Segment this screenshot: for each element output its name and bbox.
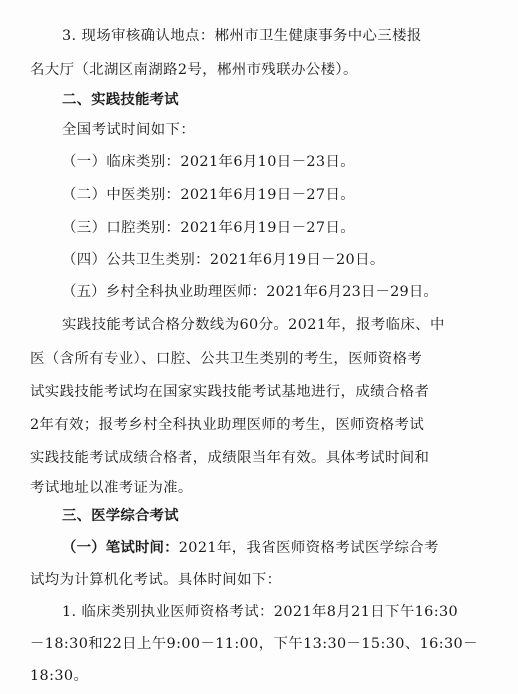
exam-item-clinical: （一）临床类别：2021年6月10日－23日。 — [62, 152, 355, 172]
exam-item-rural-assistant: （五）乡村全科执业助理医师：2021年6月23日－29日。 — [62, 282, 438, 302]
paragraph-site-review-location: 3. 现场审核确认地点：郴州市卫生健康事务中心三楼报 — [62, 26, 422, 46]
paragraph-written-exam-time: （一）笔试时间：2021年，我省医师资格考试医学综合考 — [62, 538, 439, 558]
paragraph-passing-score-line-6: 考试地址以准考证为准。 — [30, 478, 193, 498]
paragraph-site-review-location-cont: 名大厅（北湖区南湖路2号，郴州市残联办公楼）。 — [30, 60, 358, 80]
paragraph-passing-score: 实践技能考试合格分数线为60分。2021年，报考临床、中 — [62, 315, 445, 335]
exam-item-dental: （三）口腔类别：2021年6月19日－27日。 — [62, 218, 355, 238]
national-exam-time-label: 全国考试时间如下： — [62, 120, 195, 140]
exam-item-rural-assistant-text: （五）乡村全科执业助理医师：2021年6月23日－29日。 — [62, 284, 438, 300]
exam-schedule-clinical-physician-line-2: －18:30和22日上午9:00－11:00，下午13:30－15:30、16:… — [30, 634, 478, 654]
paragraph-passing-score-line-2: 医（含所有专业）、口腔、公共卫生类别的考生，医师资格考 — [30, 349, 422, 369]
paragraph-written-exam-time-cont: 试均为计算机化考试。具体时间如下： — [30, 570, 281, 590]
paragraph-passing-score-line-3: 试实践技能考试均在国家实践技能考试基地进行，成绩合格者 — [30, 382, 429, 402]
paragraph-passing-score-line-4: 2年有效；报考乡村全科执业助理医师的考生，医师资格考试 — [30, 415, 424, 435]
document-page: 3. 现场审核确认地点：郴州市卫生健康事务中心三楼报 名大厅（北湖区南湖路2号，… — [0, 0, 518, 694]
paragraph-passing-score-line-5: 实践技能考试成绩合格者，成绩限当年有效。具体考试时间和 — [30, 448, 429, 468]
exam-item-public-health: （四）公共卫生类别：2021年6月19日－20日。 — [62, 250, 385, 270]
section-heading-practical-skills: 二、实践技能考试 — [62, 90, 179, 110]
exam-schedule-clinical-physician: 1. 临床类别执业医师资格考试：2021年8月21日下午16:30 — [62, 602, 458, 622]
section-heading-medical-comprehensive: 三、医学综合考试 — [62, 506, 179, 526]
written-exam-time-label: （一）笔试时间： — [62, 540, 179, 556]
exam-item-tcm: （二）中医类别：2021年6月19日－27日。 — [62, 185, 355, 205]
written-exam-time-text: 2021年，我省医师资格考试医学综合考 — [179, 540, 439, 556]
exam-schedule-clinical-physician-line-3: 18:30。 — [30, 666, 88, 686]
